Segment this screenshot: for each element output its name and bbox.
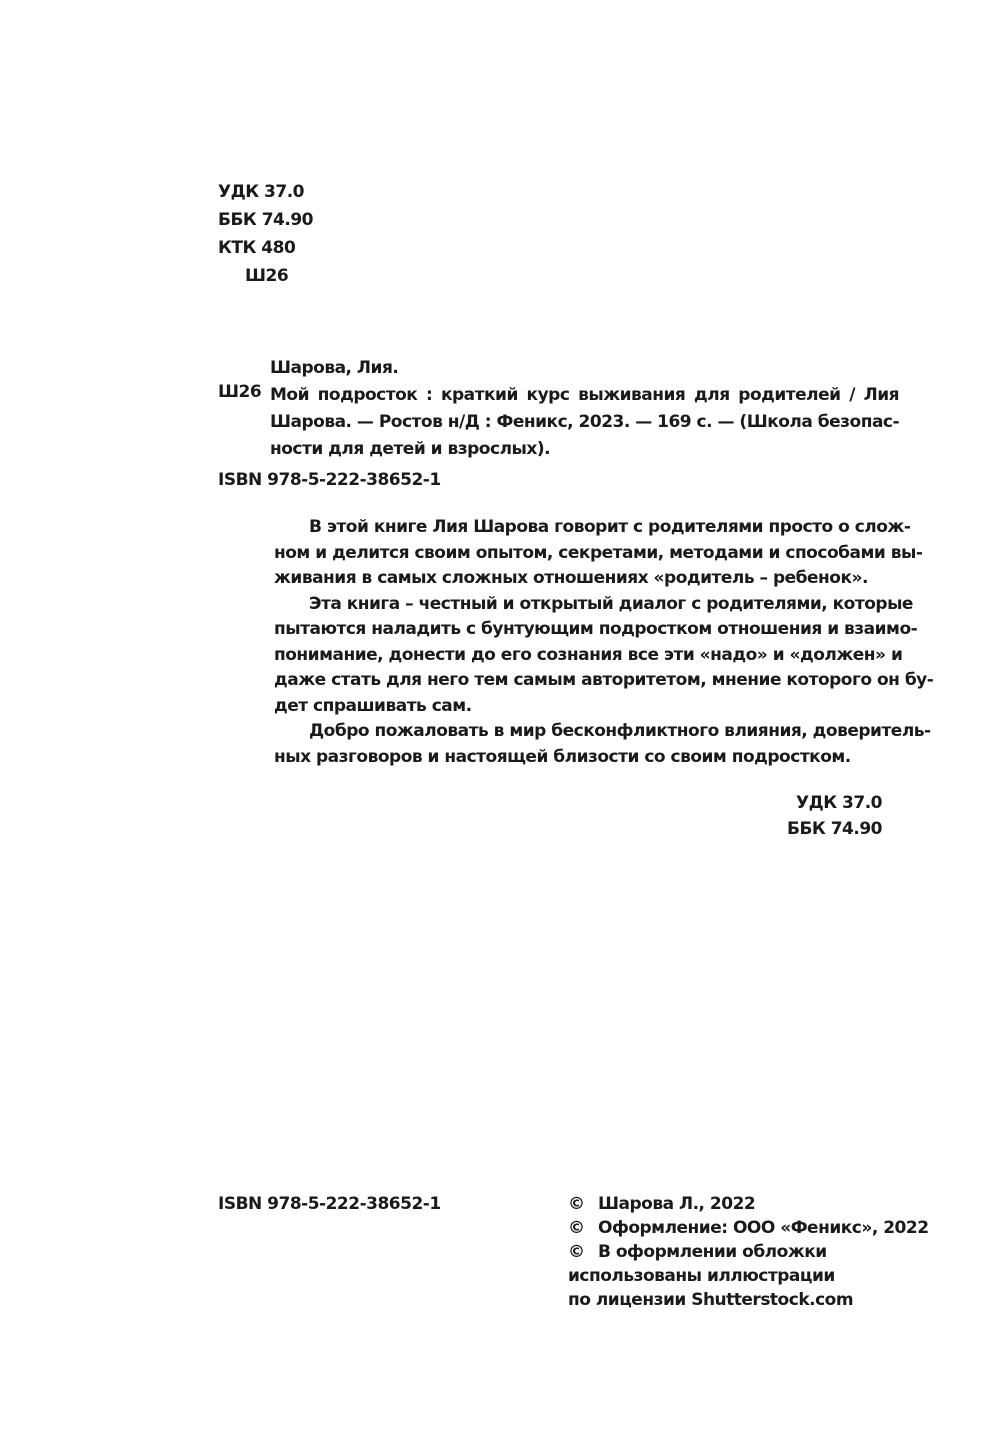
copyright-line: по лицензии Shutterstock.com	[568, 1288, 929, 1312]
copyright-line: ©Оформление: ООО «Феникс», 2022	[568, 1216, 929, 1240]
record-description: Мой подросток : краткий курс выживания д…	[270, 382, 899, 463]
udk-code: УДК 37.0	[218, 178, 313, 206]
copyright-text: В оформлении обложки	[598, 1242, 827, 1262]
annotation-line: понимание, донести до его сознания все э…	[274, 643, 882, 669]
annotation-line: ных разговоров и настоящей близости со с…	[274, 745, 882, 771]
annotation-line: пытаются наладить с бунтующим подростком…	[274, 617, 882, 643]
annotation-line: ном и делится своим опытом, секретами, м…	[274, 541, 882, 567]
copyright-icon: ©	[568, 1216, 598, 1240]
annotation-line: живания в самых сложных отношениях «роди…	[274, 566, 882, 592]
annotation-line: дет спрашивать сам.	[274, 694, 882, 720]
annotation-line: В этой книге Лия Шарова говорит с родите…	[274, 515, 882, 541]
copyright-line: ©Шарова Л., 2022	[568, 1192, 929, 1216]
annotation: В этой книге Лия Шарова говорит с родите…	[274, 515, 882, 770]
annotation-line: Эта книга – честный и открытый диалог с …	[274, 592, 882, 618]
copyright-text: по лицензии Shutterstock.com	[568, 1290, 853, 1310]
classification-block: УДК 37.0 ББК 74.90 КТК 480 Ш26	[218, 178, 313, 290]
udk-code-repeat: УДК 37.0	[787, 790, 882, 816]
record-author: Шарова, Лия.	[218, 355, 882, 382]
copyright-icon: ©	[568, 1192, 598, 1216]
copyright-text: Шарова Л., 2022	[598, 1194, 755, 1214]
classification-repeat: УДК 37.0 ББК 74.90	[787, 790, 882, 842]
record-line: Шарова. — Ростов н/Д : Феникс, 2023. — 1…	[270, 409, 899, 436]
copyright-block: ©Шарова Л., 2022©Оформление: ООО «Феникс…	[568, 1192, 929, 1312]
copyright-line: использованы иллюстрации	[568, 1264, 929, 1288]
ktk-code: КТК 480	[218, 234, 313, 262]
isbn-record: ISBN 978-5-222-38652-1	[218, 468, 441, 493]
bbk-code: ББК 74.90	[218, 206, 313, 234]
record-line: ности для детей и взрослых).	[270, 436, 899, 463]
copyright-text: использованы иллюстрации	[568, 1266, 835, 1286]
annotation-line: даже стать для него тем самым авторитето…	[274, 668, 882, 694]
copyright-text: Оформление: ООО «Феникс», 2022	[598, 1218, 929, 1238]
isbn-footer: ISBN 978-5-222-38652-1	[218, 1192, 441, 1217]
author-sign: Ш26	[218, 262, 313, 290]
annotation-line: Добро пожаловать в мир бесконфликтного в…	[274, 719, 882, 745]
record-line: Мой подросток : краткий курс выживания д…	[270, 382, 899, 409]
copyright-icon: ©	[568, 1240, 598, 1264]
bbk-code-repeat: ББК 74.90	[787, 816, 882, 842]
bibliographic-record: Шарова, Лия. Ш26 Мой подросток : краткий…	[218, 355, 882, 463]
copyright-line: ©В оформлении обложки	[568, 1240, 929, 1264]
